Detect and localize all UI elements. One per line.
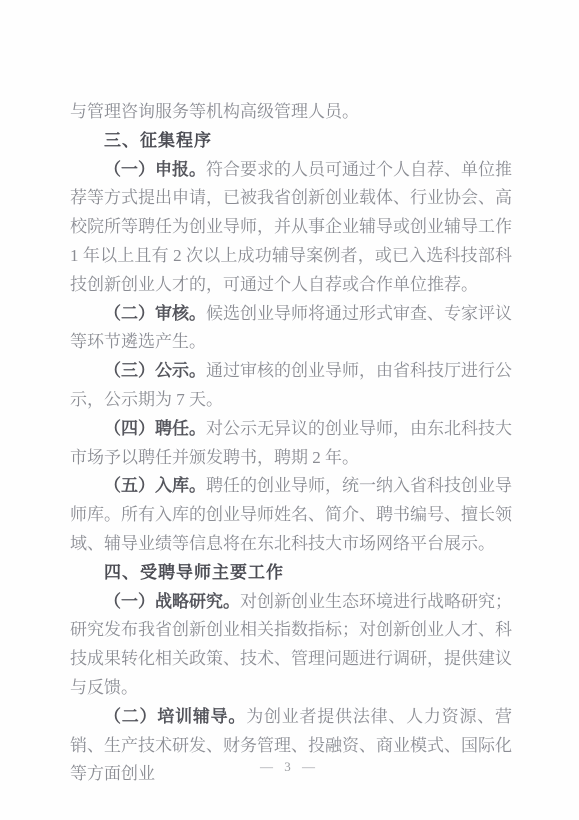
paragraph: （五）入库。聘任的创业导师，统一纳入省科技创业导师库。所有入库的创业导师姓名、简…: [70, 472, 512, 558]
section-heading: 三、征集程序: [70, 127, 512, 156]
paragraph-lead: （二）培训辅导。: [104, 707, 246, 726]
paragraph-lead: （二）审核。: [104, 304, 206, 323]
paragraph-lead: （三）公示。: [104, 361, 206, 380]
page-number: — 3 —: [260, 759, 319, 774]
paragraph: （二）审核。候选创业导师将通过形式审查、专家评议等环节遴选产生。: [70, 300, 512, 358]
paragraph: （二）培训辅导。为创业者提供法律、人力资源、营销、生产技术研发、财务管理、投融资…: [70, 703, 512, 789]
scanned-document-page: 与管理咨询服务等机构高级管理人员。三、征集程序（一）申报。符合要求的人员可通过个…: [0, 0, 579, 820]
paragraph-lead: （一）战略研究。: [104, 592, 240, 611]
document-body: 与管理咨询服务等机构高级管理人员。三、征集程序（一）申报。符合要求的人员可通过个…: [70, 98, 512, 789]
paragraph: （四）聘任。对公示无异议的创业导师，由东北科技大市场予以聘任并颁发聘书，聘期 2…: [70, 415, 512, 473]
page-footer: — 3 —: [0, 758, 579, 776]
paragraph: （一）申报。符合要求的人员可通过个人自荐、单位推荐等方式提出申请，已被我省创新创…: [70, 156, 512, 300]
paragraph: （三）公示。通过审核的创业导师，由省科技厅进行公示，公示期为 7 天。: [70, 357, 512, 415]
paragraph-text: 符合要求的人员可通过个人自荐、单位推荐等方式提出申请，已被我省创新创业载体、行业…: [70, 160, 512, 294]
paragraph-lead: （四）聘任。: [104, 419, 206, 438]
paragraph-lead: （五）入库。: [104, 476, 206, 495]
paragraph: （一）战略研究。对创新创业生态环境进行战略研究；研究发布我省创新创业相关指数指标…: [70, 588, 512, 703]
paragraph-lead: （一）申报。: [104, 160, 206, 179]
section-heading: 四、受聘导师主要工作: [70, 559, 512, 588]
paragraph: 与管理咨询服务等机构高级管理人员。: [70, 98, 512, 127]
